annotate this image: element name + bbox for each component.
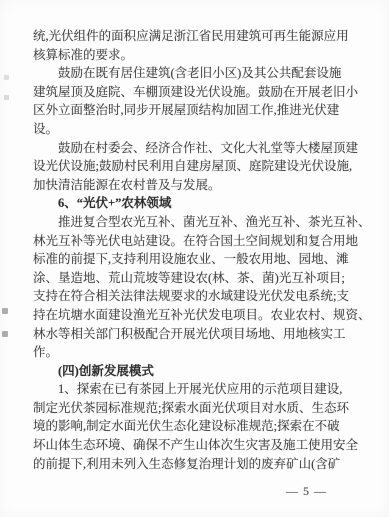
- doc-line: 推进复合型农光互补、菌光互补、渔光互补、茶光互补、: [33, 213, 361, 232]
- doc-line: 坏山体生态环境、确保不产生山体次生灾害及施工使用安全: [33, 436, 361, 455]
- scanned-document-page: 统,光伏组件的面积应满足浙江省民用建筑可再生能源应用 核算标准的要求。 鼓励在既…: [0, 0, 389, 517]
- doc-line: 的前提下,利用未列入生态修复治理计划的废弃矿山(含矿: [33, 455, 361, 474]
- doc-line: 制定光伏茶园标准规范;探索水面光伏项目对水质、生态环: [33, 399, 361, 418]
- doc-line: 鼓励在既有居住建筑(含老旧小区)及其公共配套设施: [33, 64, 361, 83]
- doc-line: 统,光伏组件的面积应满足浙江省民用建筑可再生能源应用: [33, 27, 361, 46]
- doc-line: 涂、垦造地、荒山荒坡等建设农(林、茶、菌)光互补项目;: [33, 269, 361, 288]
- scan-speck: [4, 75, 9, 80]
- doc-line: 建筑屋顶及庭院、车棚顶建设光伏设施。鼓励在开展老旧小: [33, 83, 361, 102]
- doc-line: 林水等相关部门积极配合开展光伏项目场地、用地核实工: [33, 325, 361, 344]
- doc-line: 核算标准的要求。: [33, 46, 361, 65]
- doc-line: 林光互补等光伏电站建设。在符合国土空间规划和复合用地: [33, 232, 361, 251]
- doc-line: 设。: [33, 120, 361, 139]
- doc-line: 支持在符合相关法律法规要求的水域建设光伏发电系统;支: [33, 287, 361, 306]
- doc-line: 作。: [33, 343, 361, 362]
- document-body: 统,光伏组件的面积应满足浙江省民用建筑可再生能源应用 核算标准的要求。 鼓励在既…: [33, 27, 361, 473]
- doc-line: 加快清洁能源在农村普及与发展。: [33, 176, 361, 195]
- doc-line: 境的影响,制定水面光伏生态化建设标准规范;探索在不破: [33, 417, 361, 436]
- heading-innovative-development-model: (四)创新发展模式: [33, 362, 361, 381]
- page-number: — 5 —: [286, 484, 327, 499]
- doc-line: 鼓励在村委会、经济合作社、文化大礼堂等大楼屋顶建: [33, 139, 361, 158]
- scan-speck: [2, 308, 8, 314]
- doc-line: 1、探索在已有茶园上开展光伏应用的示范项目建设,: [33, 380, 361, 399]
- doc-line: 持在坑塘水面建设渔光互补光伏发电项目。农业农村、规资、: [33, 306, 361, 325]
- doc-line: 区外立面整治时,同步开展屋顶结构加固工作,推进光伏建: [33, 101, 361, 120]
- doc-line: 设光伏设施;鼓励村民利用自建房屋顶、庭院建设光伏设施,: [33, 157, 361, 176]
- scan-speck: [2, 331, 8, 337]
- doc-line: 标准的前提下,支持利用设施农业、一般农用地、园地、滩: [33, 250, 361, 269]
- scan-speck: [4, 95, 9, 100]
- heading-pv-plus-agroforestry: 6、“光伏+”农林领域: [33, 194, 361, 213]
